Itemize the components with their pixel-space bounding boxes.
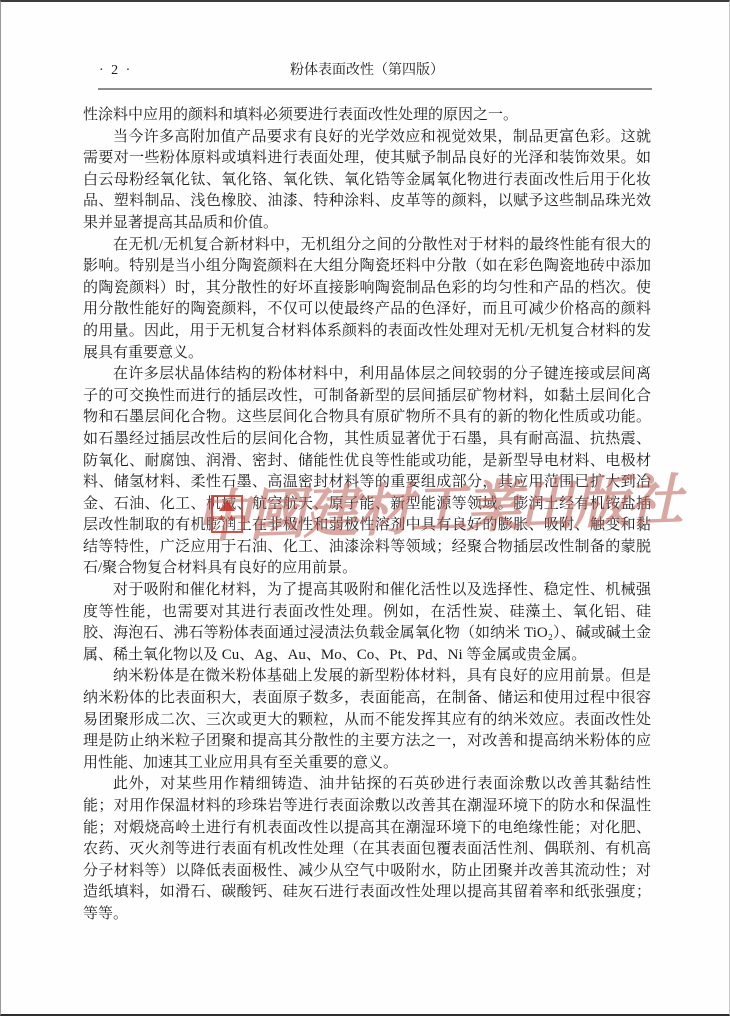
page-header: · 2 · 粉体表面改性（第四版） [83,62,651,82]
header-rule [98,88,652,90]
book-page: · 2 · 粉体表面改性（第四版） 性涂料中应用的颜料和填料必须要进行表面改性处… [0,0,730,1016]
paragraph: 在许多层状晶体结构的粉体材料中，利用晶体层之间较弱的分子键连接或层间离子的可交换… [83,364,651,580]
body-text: 性涂料中应用的颜料和填料必须要进行表面改性处理的原因之一。 当今许多高附加值产品… [83,105,651,926]
paragraph: 当今许多高附加值产品要求有良好的光学效应和视觉效果，制品更富色彩。这就需要对一些… [83,127,651,235]
paragraph-continuation: 性涂料中应用的颜料和填料必须要进行表面改性处理的原因之一。 [83,105,651,127]
running-head-title: 粉体表面改性（第四版） [83,62,651,80]
paragraph: 纳米粉体是在微米粉体基础上发展的新型粉体材料，具有良好的应用前景。但是纳米粉体的… [83,666,651,774]
paragraph: 在无机/无机复合新材料中，无机组分之间的分散性对于材料的最终性能有很大的影响。特… [83,235,651,365]
paragraph: 此外，对某些用作精细铸造、油井钻探的石英砂进行表面涂敷以改善其黏结性能；对用作保… [83,774,651,925]
paragraph: 对于吸附和催化材料，为了提高其吸附和催化活性以及选择性、稳定性、机械强度等性能，… [83,580,651,666]
